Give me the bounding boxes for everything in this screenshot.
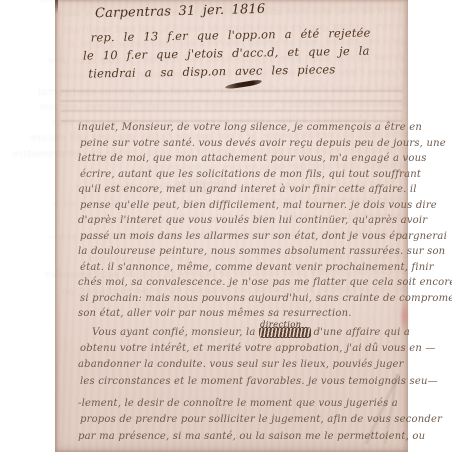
letter-body: inquiet, Monsieur, de votre long silence…	[78, 120, 410, 445]
body-line: -lement, le desir de connoître le moment…	[78, 396, 410, 412]
line-text: Vous ayant confié, monsieur, la	[92, 327, 256, 338]
line-text: d'une affaire qui a	[314, 327, 411, 338]
dateline: Carpentras 31 jer. 1816	[95, 2, 266, 21]
body-line: obtenu votre intérêt, et merité votre ap…	[80, 341, 410, 357]
annotation-line: tiendrai a sa disp.on avec les pieces	[88, 59, 383, 82]
body-line: d'après l'interet que vous voulés bien l…	[78, 213, 410, 229]
body-line-with-correction: Vous ayant confié, monsieur, ladirection…	[92, 325, 410, 341]
body-line: lettre de moi, que mon attachement pour …	[78, 151, 410, 167]
body-line: son état, aller voir par nous mêmes sa r…	[78, 306, 410, 322]
body-line: inquiet, Monsieur, de votre long silence…	[78, 120, 410, 136]
body-line: les circonstances et le moment favorable…	[80, 374, 410, 390]
paper-sheet: inquiet, Monsieur, de votre long silence…	[55, 0, 408, 452]
body-line: peine sur votre santé. vous devés avoir …	[80, 136, 410, 152]
body-line: la douloureuse peinture, nous sommes abs…	[78, 244, 410, 260]
body-line: abandonner la conduite. vous seul sur le…	[78, 357, 410, 373]
paper-edge-notch	[55, 0, 58, 14]
paragraph-2: Vous ayant confié, monsieur, ladirection…	[78, 325, 410, 446]
ink-dash-mark	[225, 79, 262, 90]
body-line: qu'il est encore, met un grand interet à…	[78, 182, 410, 198]
body-line: si prochain: mais nous pouvons aujourd'h…	[80, 291, 410, 307]
body-line: chés moi, sa convalescence. je n'ose pas…	[78, 275, 410, 291]
body-line: propos de prendre pour solliciter le jug…	[80, 412, 410, 428]
body-line: par ma présence, si ma santé, ou la sais…	[78, 429, 410, 445]
body-line: pense qu'elle peut, bien difficilement, …	[80, 198, 410, 214]
body-line: état. il s'annonce, même, comme devant v…	[80, 260, 410, 276]
annotation-note: rep. le 13 f.er que l'opp.on a été rejet…	[83, 23, 384, 82]
paragraph-1: inquiet, Monsieur, de votre long silence…	[78, 120, 410, 322]
inserted-word: direction	[260, 317, 301, 333]
letter-photo: inquiet, Monsieur, de votre long silence…	[0, 0, 452, 452]
body-line: écrire, autant que les solicitations de …	[80, 167, 410, 183]
body-line: passé un mois dans les allarmes sur son …	[80, 229, 410, 245]
